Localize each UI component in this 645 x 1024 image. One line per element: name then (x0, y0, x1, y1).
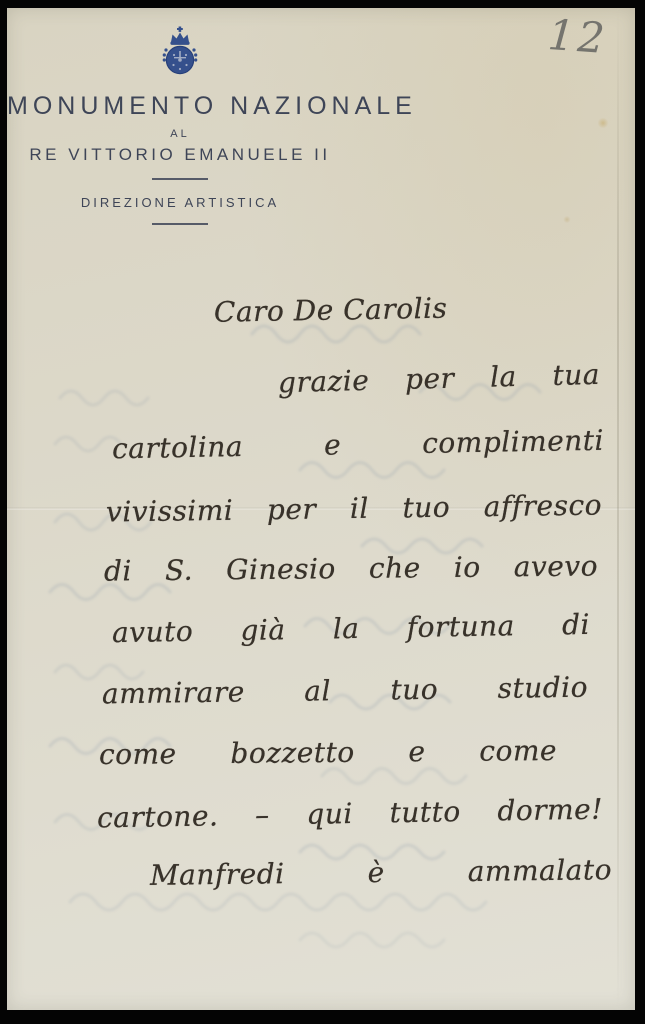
foxing-spot (597, 118, 609, 128)
photo-frame: MONUMENTO NAZIONALE AL RE VITTORIO EMANU… (0, 0, 645, 1024)
foxing-spot (563, 216, 571, 223)
handwritten-line: come bozzetto e come (99, 734, 557, 771)
letterhead-al: AL (7, 128, 353, 140)
handwritten-line: di S. Ginesio che io avevo (104, 549, 598, 587)
letterhead-divider (152, 178, 208, 180)
paper-edge (617, 8, 619, 1010)
letterhead-title: MONUMENTO NAZIONALE (7, 92, 353, 121)
handwritten-salutation: Caro De Carolis (214, 292, 411, 328)
letterhead-department: DIREZIONE ARTISTICA (7, 195, 353, 210)
handwritten-line: Manfredi è ammalato (150, 853, 612, 892)
letterhead-king-name: RE VITTORIO EMANUELE II (7, 145, 353, 165)
pencil-page-number: 12 (546, 10, 609, 63)
handwritten-line: ammirare al tuo studio (102, 671, 588, 711)
royal-crest-icon (157, 26, 203, 82)
handwritten-line: vivissimi per il tuo affresco (106, 489, 602, 529)
letterhead-divider (152, 223, 208, 225)
letterhead: MONUMENTO NAZIONALE AL RE VITTORIO EMANU… (7, 26, 353, 225)
